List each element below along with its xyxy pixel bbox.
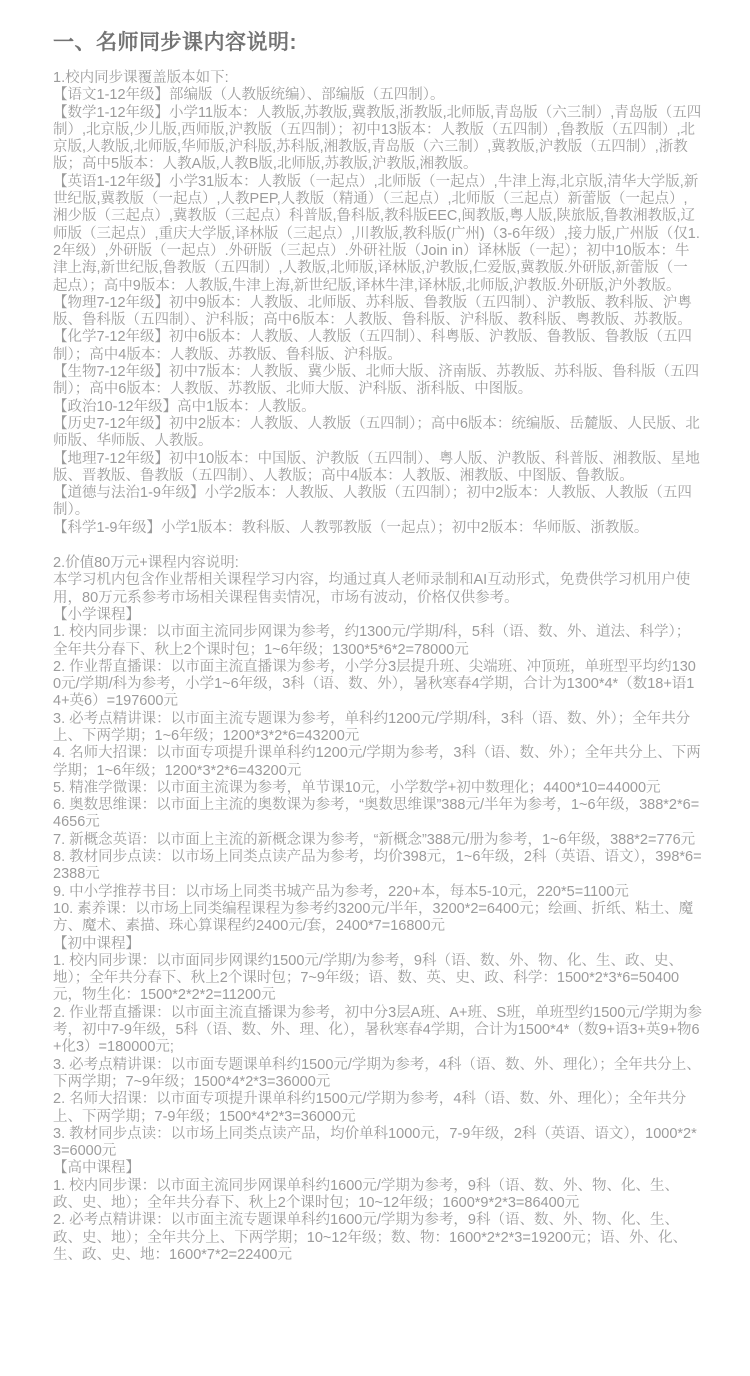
primary-course-4: 4. 名师大招课：以市面专项提升课单科约1200元/学期为参考，3科（语、数、外… [53,745,702,780]
primary-course-1: 1. 校内同步课：以市面主流同步网课为参考，约1300元/学期/科，5科（语、数… [53,624,702,659]
junior-course-4: 2. 名师大招课：以市面专项提升课单科约1500元/学期为参考，4科（语、数、外… [53,1091,702,1126]
primary-group-header: 【小学课程】 [53,607,702,624]
primary-course-9: 9. 中小学推荐书目：以市场上同类书城产品为参考，220+本，每本5-10元，2… [53,884,702,901]
course-description-page: 一、名师同步课内容说明: 1.校内同步课覆盖版本如下: 【语文1-12年级】部编… [0,0,750,1376]
senior-course-2: 2. 必考点精讲课：以市面主流专题课单科约1600元/学期为参考，9科（语、数、… [53,1212,702,1264]
junior-group-header: 【初中课程】 [53,936,702,953]
junior-course-3: 3. 必考点精讲课：以市面专题课单科约1500元/学期为参考，4科（语、数、外、… [53,1057,702,1092]
primary-course-7: 7. 新概念英语：以市面上主流的新概念课为参考，“新概念”388元/册为参考，1… [53,832,702,849]
version-line-biology: 【生物7-12年级】初中7版本：人教版、冀少版、北师大版、济南版、苏教版、苏科版… [53,364,702,399]
version-line-math: 【数学1-12年级】小学11版本：人教版,苏教版,冀教版,浙教版,北师版,青岛版… [53,105,702,174]
primary-course-10: 10. 素养课：以市场上同类编程课程为参考约3200元/半年，3200*2=64… [53,901,702,936]
senior-group-header: 【高中课程】 [53,1160,702,1177]
version-line-geography: 【地理7-12年级】初中10版本：中国版、沪教版（五四制）、粤人版、沪教版、科普… [53,451,702,486]
course-value-intro: 2.价值80万元+课程内容说明: [53,555,702,572]
course-value-description: 本学习机内包含作业帮相关课程学习内容，均通过真人老师录制和AI互动形式，免费供学… [53,572,702,607]
version-coverage-section: 1.校内同步课覆盖版本如下: 【语文1-12年级】部编版（人教版统编）、部编版（… [53,70,702,537]
primary-course-8: 8. 教材同步点读：以市场上同类点读产品为参考，均价398元，1~6年级，2科（… [53,849,702,884]
junior-course-2: 2. 作业帮直播课：以市面主流直播课为参考，初中分3层A班、A+班、S班，单班型… [53,1005,702,1057]
version-line-morality-law: 【道德与法治1-9年级】小学2版本：人教版、人教版（五四制）；初中2版本：人教版… [53,485,702,520]
version-line-politics: 【政治10-12年级】高中1版本：人教版。 [53,399,702,416]
primary-course-2: 2. 作业帮直播课：以市面主流直播课为参考，小学分3层提升班、尖端班、冲顶班，单… [53,659,702,711]
junior-course-5: 3. 教材同步点读：以市场上同类点读产品，均价单科1000元，7-9年级，2科（… [53,1126,702,1161]
senior-course-1: 1. 校内同步课：以市面主流同步网课单科约1600元/学期为参考，9科（语、数、… [53,1178,702,1213]
version-line-chinese: 【语文1-12年级】部编版（人教版统编）、部编版（五四制）。 [53,87,702,104]
page-title: 一、名师同步课内容说明: [53,30,702,56]
version-line-science: 【科学1-9年级】小学1版本：教科版、人教鄂教版（一起点）；初中2版本：华师版、… [53,520,702,537]
version-line-history: 【历史7-12年级】初中2版本：人教版、人教版（五四制）；高中6版本：统编版、岳… [53,416,702,451]
primary-course-3: 3. 必考点精讲课：以市面主流专题课为参考，单科约1200元/学期/科，3科（语… [53,711,702,746]
version-line-english: 【英语1-12年级】小学31版本：人教版（一起点）,北师版（一起点）,牛津上海,… [53,174,702,295]
version-line-physics: 【物理7-12年级】初中9版本：人教版、北师版、苏科版、鲁教版（五四制）、沪教版… [53,295,702,330]
course-value-section: 2.价值80万元+课程内容说明: 本学习机内包含作业帮相关课程学习内容，均通过真… [53,555,702,1264]
primary-course-5: 5. 精准学微课：以市面主流课为参考，单节课10元，小学数学+初中数理化；440… [53,780,702,797]
primary-course-6: 6. 奥数思维课：以市面上主流的奥数课为参考，“奥数思维课”388元/半年为参考… [53,797,702,832]
version-line-chemistry: 【化学7-12年级】初中6版本：人教版、人教版（五四制）、科粤版、沪教版、鲁教版… [53,329,702,364]
version-coverage-intro: 1.校内同步课覆盖版本如下: [53,70,702,87]
junior-course-1: 1. 校内同步课：以市面同步网课约1500元/学期/为参考，9科（语、数、外、物… [53,953,702,1005]
